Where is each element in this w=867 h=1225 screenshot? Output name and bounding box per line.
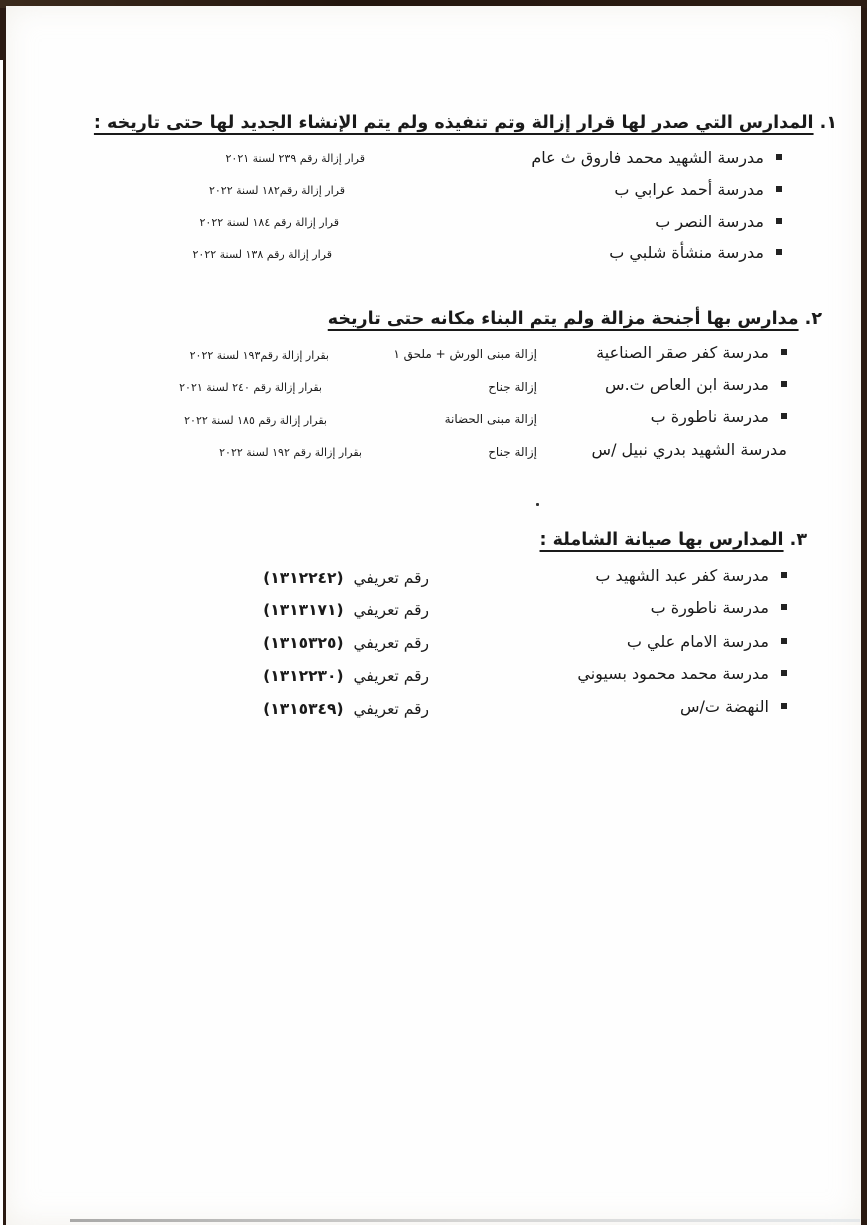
section-2-number: ٢. [805,309,822,329]
code-value: (١٣١٢٢٣٠) [263,667,343,685]
school-code: رقم تعريفي (١٣١٥٣٤٩) [263,700,429,718]
school-name: مدرسة النصر ب [655,212,764,231]
removal-decision: قرار إزالة رقم١٨٢ لسنة ٢٠٢٢ [209,184,345,197]
school-name: مدرسة كفر عبد الشهيد ب [595,566,769,585]
removal-decision: بقرار إزالة رقم ١٨٥ لسنة ٢٠٢٢ [184,414,327,427]
bullet-icon [781,413,787,419]
list-item: مدرسة ابن العاص ت.س [605,375,787,394]
code-label: رقم تعريفي [353,569,429,587]
section-3-title: المدارس بها صيانة الشاملة : [540,530,784,550]
list-item: مدرسة كفر عبد الشهيد ب [595,566,787,585]
removal-decision: قرار إزالة رقم ١٨٤ لسنة ٢٠٢٢ [200,216,340,229]
bullet-icon [781,670,787,676]
removal-decision: بقرار إزالة رقم١٩٣ لسنة ٢٠٢٢ [190,349,329,362]
removal-decision: بقرار إزالة رقم ١٩٢ لسنة ٢٠٢٢ [219,446,362,459]
list-item: مدرسة الامام علي ب [627,632,787,651]
school-name: مدرسة ابن العاص ت.س [605,375,769,394]
bullet-icon [776,186,782,192]
section-1-title: المدارس التي صدر لها قرار إزالة وتم تنفي… [94,113,814,133]
list-item: مدرسة الشهيد بدري نبيل /س [592,440,787,459]
list-item: مدرسة الشهيد محمد فاروق ث عام [531,148,782,167]
school-code: رقم تعريفي (١٣١٥٣٢٥) [263,634,429,652]
section-1-number: ١. [820,113,837,133]
school-name: مدرسة كفر صقر الصناعية [596,343,769,362]
removed-part: إزالة جناح [488,445,537,459]
scan-speck [536,503,539,506]
code-label: رقم تعريفي [353,601,429,619]
bullet-icon [781,703,787,709]
removed-part: إزالة مبنى الحضانة [445,412,537,426]
section-3-number: ٣. [790,530,807,550]
school-name: مدرسة ناطورة ب [651,598,769,617]
code-label: رقم تعريفي [353,667,429,685]
code-label: رقم تعريفي [353,634,429,652]
bullet-icon [776,218,782,224]
removal-decision: قرار إزالة رقم ١٣٨ لسنة ٢٠٢٢ [193,248,333,261]
removal-decision: قرار إزالة رقم ٢٣٩ لسنة ٢٠٢١ [226,152,366,165]
code-value: (١٣١٢٢٤٢) [263,569,343,587]
code-label: رقم تعريفي [353,700,429,718]
code-value: (١٣١٥٣٢٥) [263,634,343,652]
list-item: مدرسة ناطورة ب [651,598,787,617]
bullet-icon [781,572,787,578]
school-code: رقم تعريفي (١٣١٣١٧١) [263,601,429,619]
section-3-heading: ٣. المدارس بها صيانة الشاملة : [540,530,807,550]
bullet-icon [781,604,787,610]
paper-bottom-shadow [70,1219,860,1222]
removed-part: إزالة مبنى الورش + ملحق ١ [393,347,537,361]
bullet-icon [781,381,787,387]
school-name: مدرسة الشهيد محمد فاروق ث عام [531,148,764,167]
bullet-icon [776,154,782,160]
code-value: (١٣١٣١٧١) [263,601,343,619]
bullet-icon [781,638,787,644]
school-code: رقم تعريفي (١٣١٢٢٤٢) [263,569,429,587]
list-item: النهضة ت/س [680,697,787,716]
school-name: مدرسة الامام علي ب [627,632,769,651]
section-2-heading: ٢. مدارس بها أجنحة مزالة ولم يتم البناء … [328,309,822,329]
paper-edge [0,60,3,1225]
school-name: مدرسة ناطورة ب [651,407,769,426]
list-item: مدرسة ناطورة ب [651,407,787,426]
bullet-icon [776,249,782,255]
school-name: مدرسة أحمد عرابي ب [614,180,764,199]
school-name: مدرسة محمد محمود بسيوني [577,664,769,683]
list-item: مدرسة كفر صقر الصناعية [596,343,787,362]
section-1-heading: ١. المدارس التي صدر لها قرار إزالة وتم ت… [94,113,837,133]
section-2-title: مدارس بها أجنحة مزالة ولم يتم البناء مكا… [328,309,799,329]
code-value: (١٣١٥٣٤٩) [263,700,343,718]
list-item: مدرسة محمد محمود بسيوني [577,664,787,683]
removal-decision: بقرار إزالة رقم ٢٤٠ لسنة ٢٠٢١ [179,381,322,394]
removed-part: إزالة جناح [488,380,537,394]
list-item: مدرسة منشأة شلبي ب [609,243,782,262]
school-name: مدرسة الشهيد بدري نبيل /س [592,440,787,459]
school-code: رقم تعريفي (١٣١٢٢٣٠) [263,667,429,685]
bullet-icon [781,349,787,355]
list-item: مدرسة النصر ب [655,212,782,231]
school-name: النهضة ت/س [680,697,769,716]
list-item: مدرسة أحمد عرابي ب [614,180,782,199]
school-name: مدرسة منشأة شلبي ب [609,243,764,262]
